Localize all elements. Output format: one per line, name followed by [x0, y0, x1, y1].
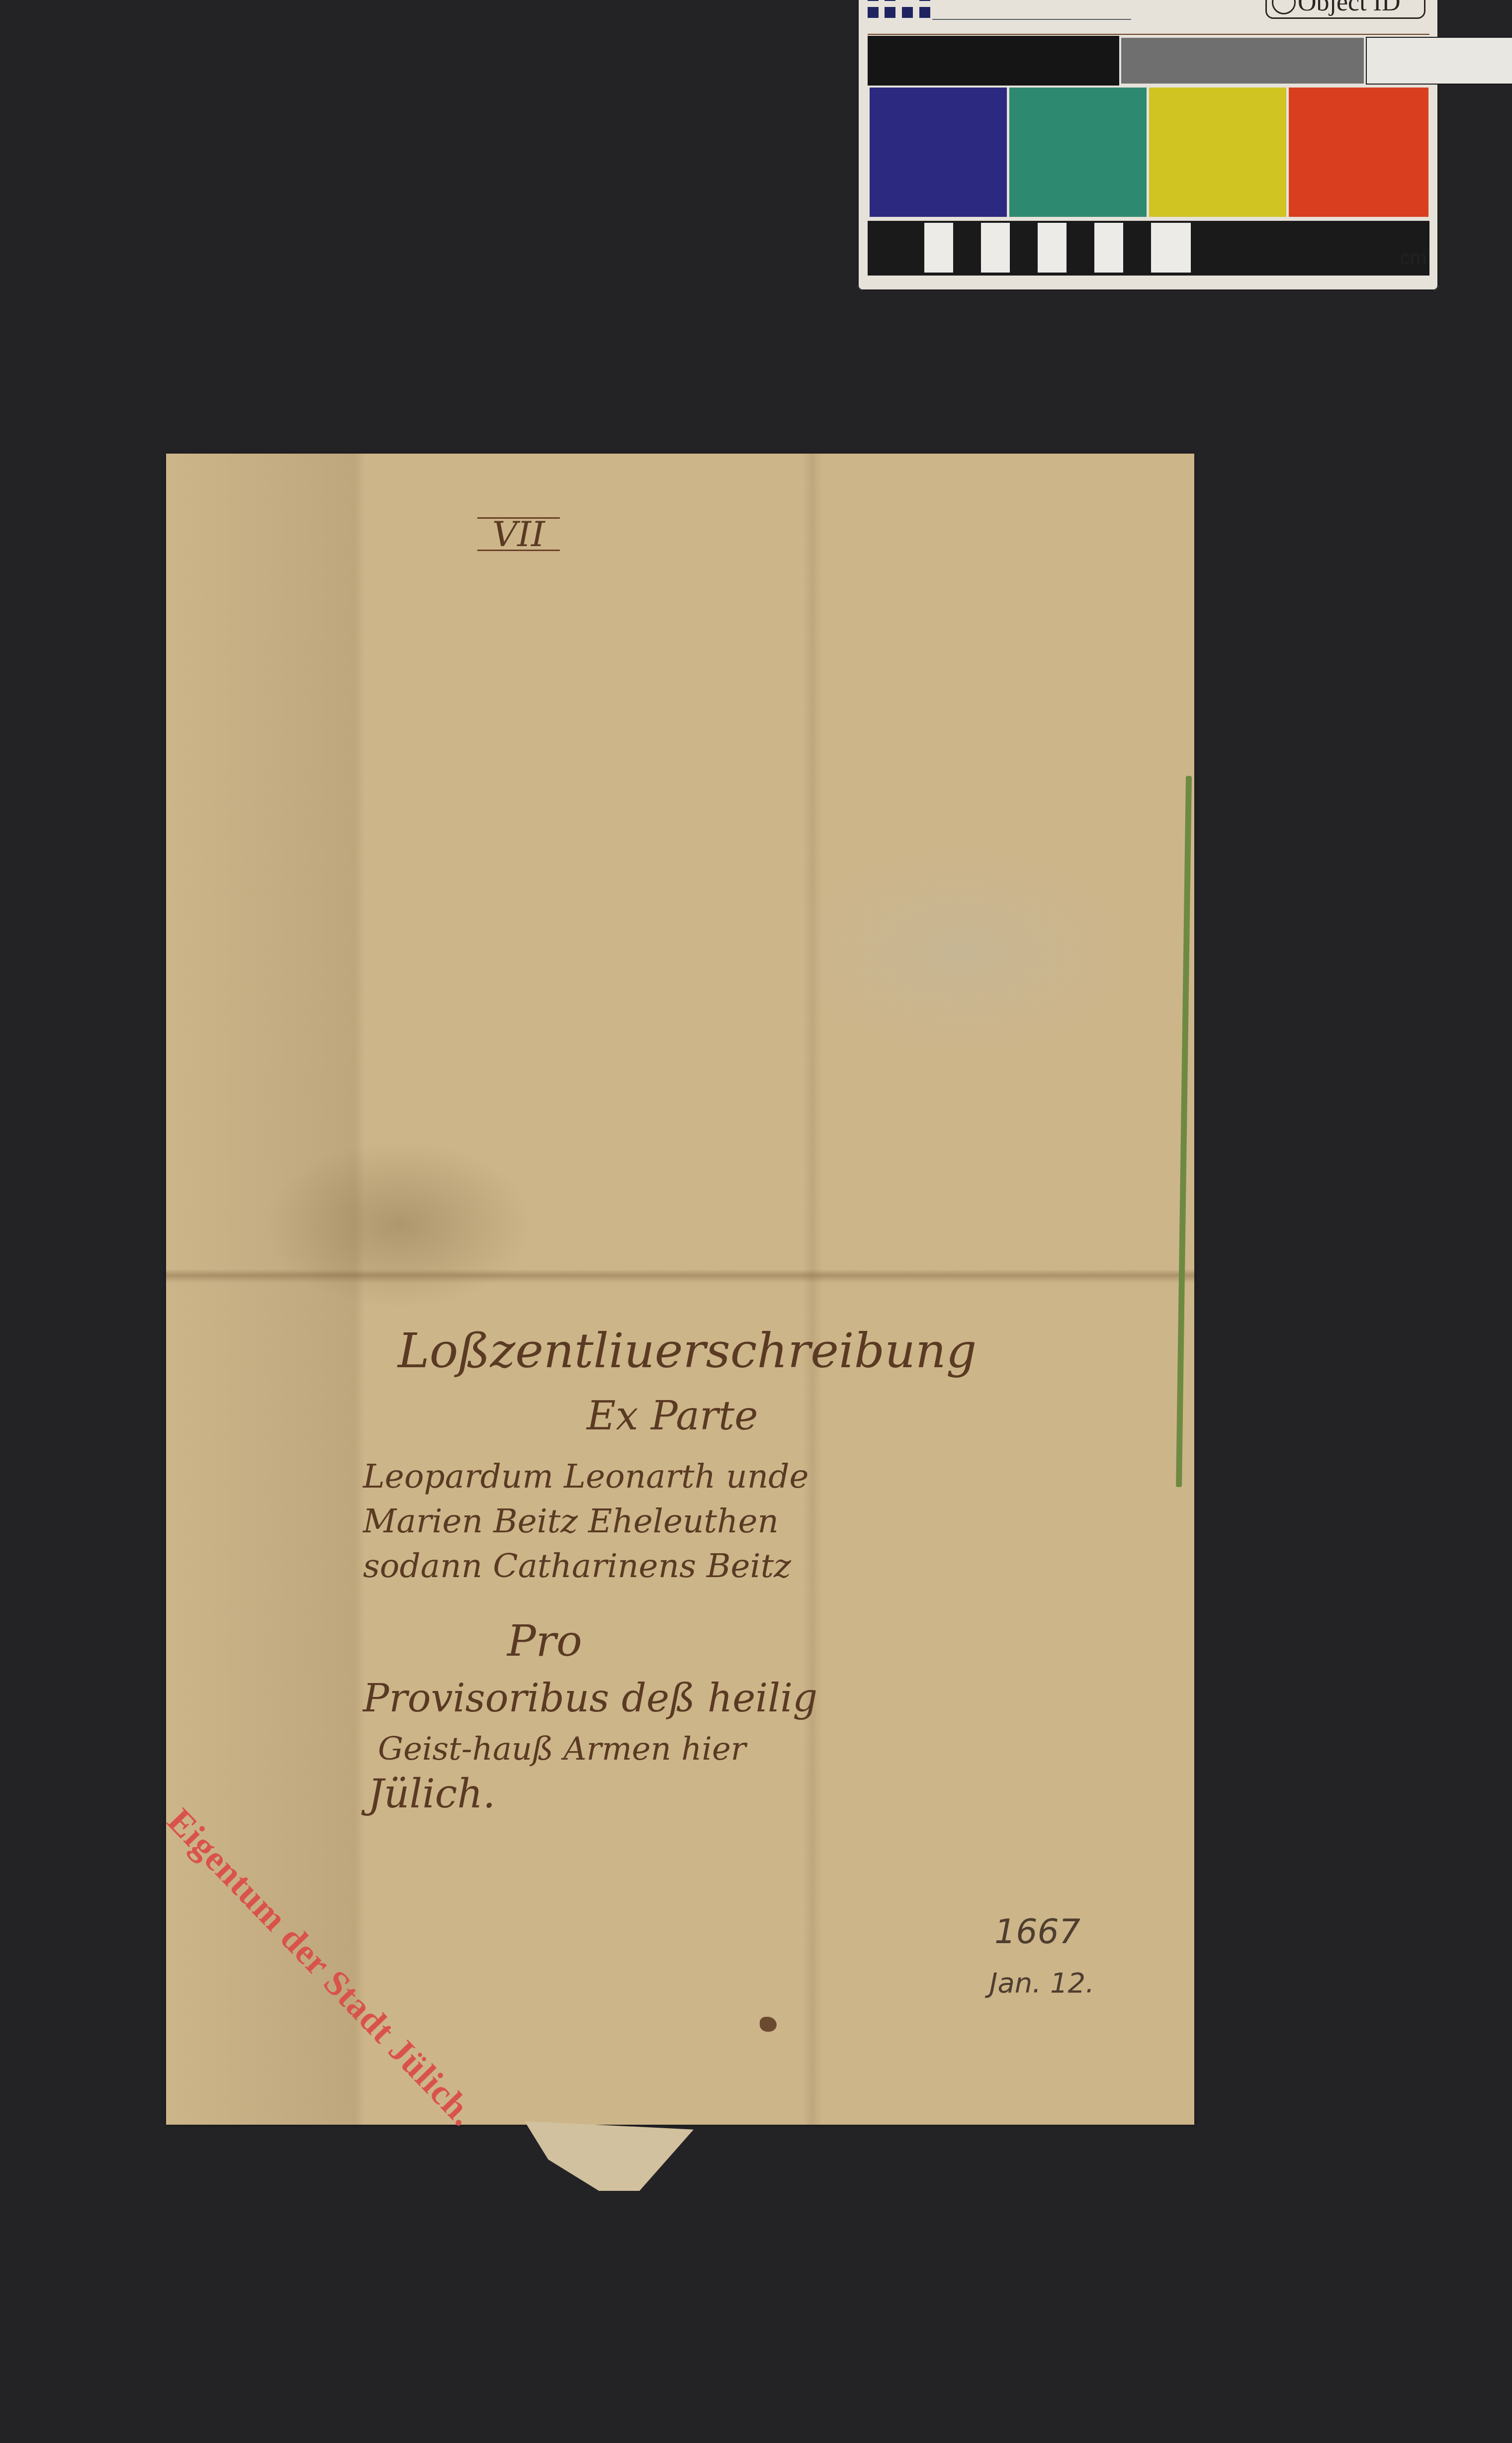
cm-unit-label: cm	[1400, 247, 1426, 270]
handwritten-title-line-1: Loßzentliuerschreibung	[398, 1323, 977, 1379]
handwritten-title-line-7: Provisoribus deß heilig	[363, 1676, 817, 1721]
card-logo-squares	[868, 0, 927, 25]
shelf-mark: VII	[477, 517, 560, 551]
handwritten-title-line-6: Pro	[507, 1616, 582, 1666]
handwritten-title-line-3: Leopardum Leonarth unde	[363, 1457, 808, 1496]
grey-scale-row	[868, 34, 1429, 87]
object-id-logo: Object ID	[1265, 0, 1425, 19]
blue-patch	[870, 88, 1007, 217]
cm-scale-bar: cm	[868, 221, 1429, 276]
folded-paper-flap	[525, 2121, 694, 2191]
black-patch	[868, 36, 1119, 86]
green-patch	[1009, 88, 1147, 217]
ink-blot	[760, 2017, 777, 2032]
object-id-label: Object ID	[1298, 0, 1400, 16]
card-url: www.artloss.com	[1156, 0, 1207, 0]
grey-patch	[1121, 38, 1364, 84]
handwritten-title-line-5: sodann Catharinens Beitz	[363, 1547, 791, 1585]
yellow-patch	[1149, 88, 1286, 217]
pencil-date-note: Jan. 12.	[989, 1967, 1094, 1999]
card-underline	[932, 19, 1131, 20]
white-patch	[1367, 38, 1512, 84]
red-patch	[1289, 88, 1428, 217]
handwritten-title-line-4: Marien Beitz Eheleuthen	[363, 1502, 779, 1540]
handwritten-title-line-8: Geist-hauß Armen hier	[378, 1731, 746, 1768]
pencil-year-note: 1667	[994, 1912, 1080, 1952]
handwritten-title-line-2: Ex Parte	[587, 1393, 758, 1439]
archival-document-sheet	[166, 454, 1194, 2125]
globe-icon	[1272, 0, 1296, 14]
color-patch-row	[870, 88, 1428, 217]
handwritten-title-line-9: Jülich.	[368, 1771, 496, 1817]
color-calibration-card: www.artloss.com Object ID cm	[858, 0, 1438, 290]
